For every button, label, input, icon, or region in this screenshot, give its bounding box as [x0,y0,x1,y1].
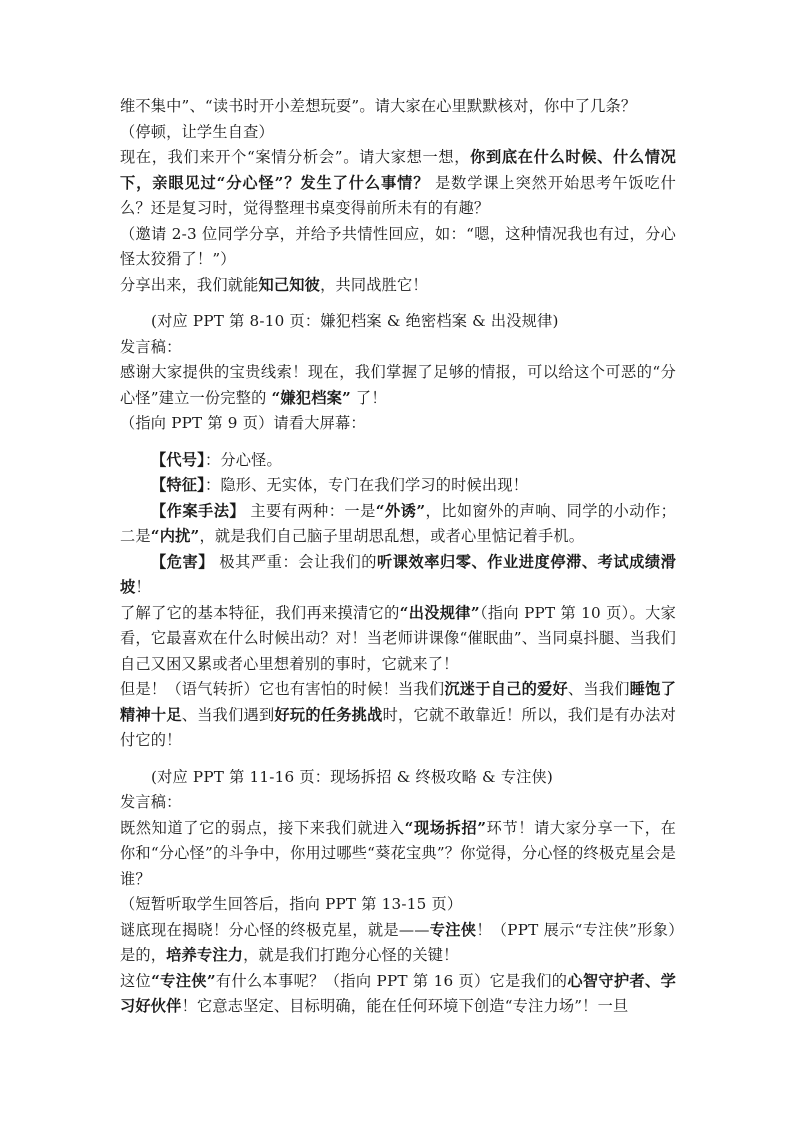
emphasis-text: “嫌犯档案” [271,389,350,407]
text-run: 了解了它的基本特征，我们再来摸清它的 [120,604,400,622]
profile-item-methods: 【作案手法】 主要有两种：一是“外诱”，比如窗外的声响、同学的小动作；二是“内扰… [120,499,676,550]
text-run: ：分心怪。 [205,451,282,469]
text-run: （指向 PPT 第 9 页）请看大屏幕： [120,414,366,432]
text-run: （停顿，让学生自查） [120,123,274,141]
section-heading: (对应 PPT 第 11-16 页：现场拆招 & 终极攻略 & 专注侠) [120,765,676,791]
script-label: 发言稿： [120,335,676,361]
emphasis-text: 【代号】 [151,451,205,469]
paragraph: 但是！（语气转折）它也有害怕的时候！当我们沉迷于自己的爱好、当我们睡饱了精神十足… [120,677,676,754]
text-run: 主要有两种：一是 [245,502,376,520]
spacer [120,437,676,448]
paragraph: 了解了它的基本特征，我们再来摸清它的“出没规律”（指向 PPT 第 10 页）。… [120,601,676,678]
emphasis-text: “专注侠” [151,972,216,990]
text-run: 分享出来，我们就能 [120,276,259,294]
profile-item-features: 【特征】：隐形、无实体，专门在我们学习的时候出现！ [120,473,676,499]
paragraph: 这位“专注侠”有什么本事呢？（指向 PPT 第 16 页）它是我们的心智守护者、… [120,969,676,1020]
text-run: ，共同战胜它！ [320,276,428,294]
text-run: ！ [135,578,150,596]
text-run: ，就是我们自己脑子里胡思乱想，或者心里惦记着手机。 [199,527,584,545]
section-heading: (对应 PPT 第 8-10 页：嫌犯档案 & 绝密档案 & 出没规律) [120,309,676,335]
emphasis-text: “现场拆招” [405,819,487,837]
emphasis-text: 【作案手法】 [151,502,245,520]
emphasis-text: 好玩的任务挑战 [274,706,382,724]
paragraph: 谜底现在揭晓！分心怪的终极克星，就是——专注侠！（PPT 展示“专注侠”形象）是… [120,918,676,969]
text-run: 既然知道了它的弱点，接下来我们就进入 [120,819,405,837]
emphasis-text: “出没规律” [400,604,480,622]
text-run: 但是！（语气转折）它也有害怕的时候！当我们 [120,680,444,698]
text-run: 谜底现在揭晓！分心怪的终极克星，就是—— [120,921,430,939]
emphasis-text: 专注侠 [430,921,477,939]
paragraph: 维不集中”、“读书时开小差想玩耍”。请大家在心里默默核对，你中了几条？ [120,94,676,120]
text-run: （短暂听取学生回答后，指向 PPT 第 13-15 页） [120,895,462,913]
text-run: 、当我们 [568,680,630,698]
emphasis-text: “外诱” [376,502,426,520]
text-run: ！它意志坚定、目标明确，能在任何环境下创造“专注力场”！一旦 [182,997,629,1015]
emphasis-text: 【危害】 [151,553,214,571]
paragraph-stage-direction: （停顿，让学生自查） [120,120,676,146]
paragraph-stage-direction: （邀请 2-3 位同学分享，并给予共情性回应，如：“嗯，这种情况我也有过，分心怪… [120,222,676,273]
document-page: 维不集中”、“读书时开小差想玩耍”。请大家在心里默默核对，你中了几条？ （停顿，… [0,0,793,1122]
paragraph-stage-direction: （短暂听取学生回答后，指向 PPT 第 13-15 页） [120,892,676,918]
profile-item-harm: 【危害】 极其严重：会让我们的听课效率归零、作业进度停滞、考试成绩滑坡！ [120,550,676,601]
paragraph: 分享出来，我们就能知己知彼，共同战胜它！ [120,273,676,299]
text-run: 这位 [120,972,151,990]
text-run: 现在，我们来开个“案情分析会”。请大家想一想， [120,148,470,166]
text-run: （邀请 2-3 位同学分享，并给予共情性回应，如：“嗯，这种情况我也有过，分心怪… [120,225,676,269]
paragraph: 感谢大家提供的宝贵线索！现在，我们掌握了足够的情报，可以给这个可恶的“分心怪”建… [120,360,676,411]
text-run: 感谢大家提供的宝贵线索！现在，我们掌握了足够的情报，可以给这个可恶的“分心怪”建… [120,363,676,407]
text-run: ：隐形、无实体，专门在我们学习的时候出现！ [205,476,528,494]
paragraph-stage-direction: （指向 PPT 第 9 页）请看大屏幕： [120,411,676,437]
emphasis-text: 沉迷于自己的爱好 [444,680,568,698]
text-run: 维不集中”、“读书时开小差想玩耍”。请大家在心里默默核对，你中了几条？ [120,97,636,115]
emphasis-text: “内扰” [151,527,200,545]
text-run: ，就是我们打跑分心怪的关键！ [243,946,458,964]
document-body: 维不集中”、“读书时开小差想玩耍”。请大家在心里默默核对，你中了几条？ （停顿，… [120,94,676,1020]
emphasis-text: 知己知彼 [259,276,321,294]
emphasis-text: 【特征】 [151,476,205,494]
text-run: 了！ [351,389,387,407]
emphasis-text: 培养专注力 [166,946,243,964]
paragraph: 既然知道了它的弱点，接下来我们就进入“现场拆招”环节！请大家分享一下，在你和“分… [120,816,676,893]
text-run: 、当我们遇到 [182,706,275,724]
text-run: 极其严重：会让我们的 [214,553,377,571]
text-run: 有什么本事呢？（指向 PPT 第 16 页）它是我们的 [216,972,568,990]
profile-item-code: 【代号】：分心怪。 [120,448,676,474]
paragraph: 现在，我们来开个“案情分析会”。请大家想一想，你到底在什么时候、什么情况下，亲眼… [120,145,676,222]
script-label: 发言稿： [120,790,676,816]
spacer [120,754,676,765]
spacer [120,298,676,309]
